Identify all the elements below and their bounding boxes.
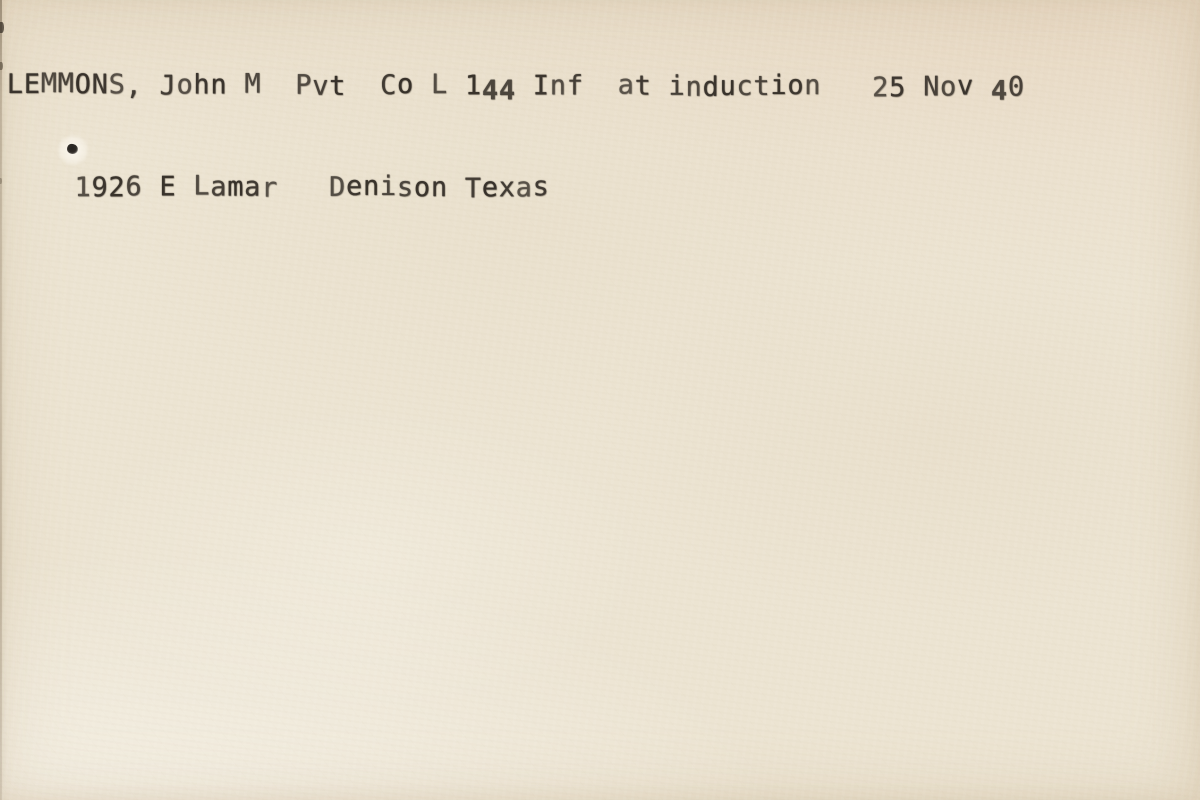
typed-line-address: 1926 E Lamar Denison Texas: [74, 170, 1024, 206]
scan-edge-speck: [0, 178, 2, 184]
scan-edge-speck: [0, 62, 3, 70]
scanned-index-card: LEMMONS, John M Pvt Co L 144 Inf at indu…: [0, 0, 1200, 800]
typed-line-record: LEMMONS, John M Pvt Co L 144 Inf at indu…: [7, 68, 1025, 105]
typed-text-block: LEMMONS, John M Pvt Co L 144 Inf at indu…: [6, 0, 1025, 275]
scan-edge-speck: [0, 22, 4, 33]
scan-edge-strip: [0, 0, 2, 800]
